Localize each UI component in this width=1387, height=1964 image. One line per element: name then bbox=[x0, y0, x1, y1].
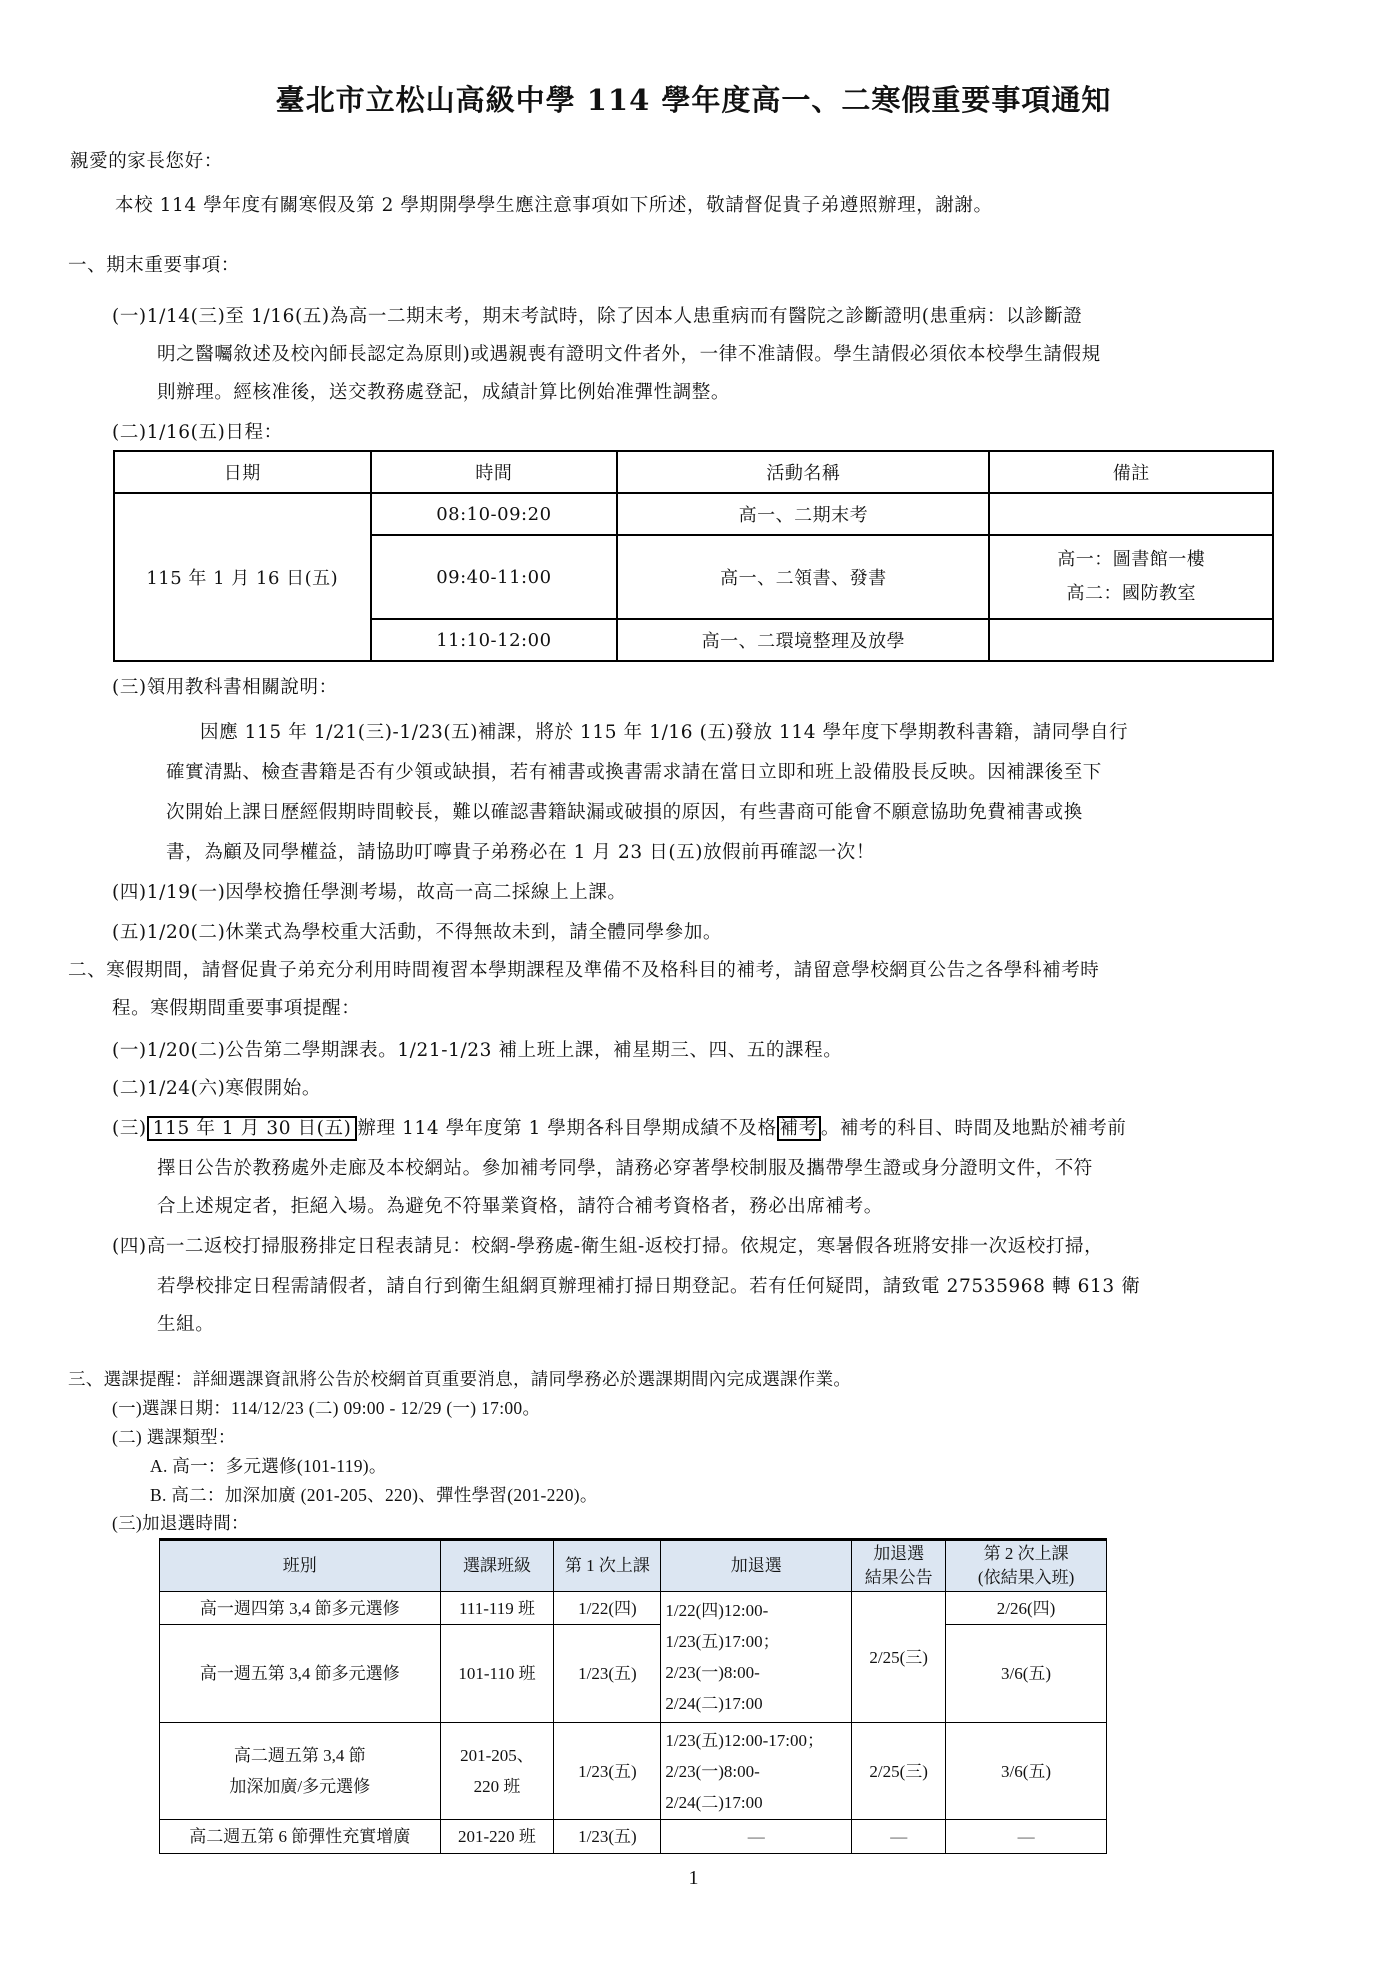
section2-item4-line3: 生組。 bbox=[157, 1313, 214, 1337]
section2-item4-line2: 若學校排定日程需請假者，請自行到衛生組網頁辦理補打掃日期登記。若有任何疑問，請致… bbox=[157, 1275, 1140, 1299]
add-drop-period: — bbox=[661, 1820, 852, 1854]
header-date: 日期 bbox=[114, 451, 371, 493]
schedule-notes bbox=[989, 619, 1273, 661]
header-class: 班別 bbox=[160, 1540, 441, 1592]
schedule-date: 115 年 1 月 16 日(五) bbox=[114, 493, 371, 661]
section1-item3-line2: 確實清點、檢查書籍是否有少領或缺損，若有補書或換書需求請在當日立即和班上設備股長… bbox=[166, 761, 1102, 785]
first-class-date: 1/23(五) bbox=[554, 1625, 661, 1723]
section2-item4-line1: (四)高一二返校打掃服務排定日程表請見：校網-學務處-衛生組-返校打掃。依規定，… bbox=[112, 1235, 1103, 1259]
section1-item5: (五)1/20(二)休業式為學校重大活動，不得無故未到，請全體同學參加。 bbox=[112, 921, 722, 945]
table-row: 高二週五第 3,4 節 加深加廣/多元選修 201-205、 220 班 1/2… bbox=[160, 1723, 1107, 1820]
class-grades: 201-205、 220 班 bbox=[440, 1723, 554, 1820]
header-result-announce: 加退選 結果公告 bbox=[852, 1540, 946, 1592]
intro-paragraph: 本校 114 學年度有關寒假及第 2 學期開學學生應注意事項如下所述，敬請督促貴… bbox=[115, 194, 993, 218]
section2-item3-line1: (三)115 年 1 月 30 日(五)辦理 114 學年度第 1 學期各科目學… bbox=[112, 1117, 1126, 1141]
header-time: 時間 bbox=[371, 451, 618, 493]
section2-item1: (一)1/20(二)公告第二學期課表。1/21-1/23 補上班上課，補星期三、… bbox=[112, 1039, 842, 1063]
table-row: 高二週五第 6 節彈性充實增廣 201-220 班 1/23(五) — — — bbox=[160, 1820, 1107, 1854]
header-activity: 活動名稱 bbox=[617, 451, 989, 493]
schedule-activity: 高一、二期末考 bbox=[617, 493, 989, 535]
header-notes: 備註 bbox=[989, 451, 1273, 493]
schedule-notes bbox=[989, 493, 1273, 535]
result-announce-date: 2/25(三) bbox=[852, 1592, 946, 1723]
section1-item3-line3: 次開始上課日歷經假期時間較長，難以確認書籍缺漏或破損的原因，有些書商可能會不願意… bbox=[166, 801, 1083, 825]
note-grade1-location: 高一：圖書館一樓 bbox=[990, 543, 1272, 577]
class-name: 高一週五第 3,4 節多元選修 bbox=[160, 1625, 441, 1723]
section2-heading-line2: 程。寒假期間重要事項提醒： bbox=[112, 997, 360, 1021]
schedule-notes: 高一：圖書館一樓 高二：國防教室 bbox=[989, 535, 1273, 619]
schedule-time: 11:10-12:00 bbox=[371, 619, 618, 661]
second-class-date: 2/26(四) bbox=[946, 1592, 1107, 1625]
header-grades: 選課班級 bbox=[440, 1540, 554, 1592]
section3-item1: (一)選課日期：114/12/23 (二) 09:00 - 12/29 (一) … bbox=[112, 1397, 540, 1419]
schedule-time: 08:10-09:20 bbox=[371, 493, 618, 535]
second-class-date: 3/6(五) bbox=[946, 1723, 1107, 1820]
section1-item3-line4: 書，為顧及同學權益，請協助叮嚀貴子弟務必在 1 月 23 日(五)放假前再確認一… bbox=[166, 841, 875, 865]
result-announce-date: — bbox=[852, 1820, 946, 1854]
section3-item2: (二) 選課類型： bbox=[112, 1426, 236, 1448]
add-drop-period: 1/22(四)12:00- 1/23(五)17:00； 2/23(一)8:00-… bbox=[661, 1592, 852, 1723]
first-class-date: 1/23(五) bbox=[554, 1820, 661, 1854]
section2-item3-line3: 合上述規定者，拒絕入場。為避免不符畢業資格，請符合補考資格者，務必出席補考。 bbox=[157, 1195, 883, 1219]
schedule-activity: 高一、二領書、發書 bbox=[617, 535, 989, 619]
section3-item2b: B. 高二：加深加廣 (201-205、220)、彈性學習(201-220)。 bbox=[150, 1484, 598, 1506]
item-prefix: (三) bbox=[112, 1118, 147, 1139]
section1-item3-line1: 因應 115 年 1/21(三)-1/23(五)補課，將於 115 年 1/16… bbox=[200, 721, 1128, 745]
class-grades: 201-220 班 bbox=[440, 1820, 554, 1854]
schedule-activity: 高一、二環境整理及放學 bbox=[617, 619, 989, 661]
section1-item3-label: (三)領用教科書相關說明： bbox=[112, 676, 338, 700]
add-drop-period: 1/23(五)12:00-17:00； 2/23(一)8:00- 2/24(二)… bbox=[661, 1723, 852, 1820]
first-class-date: 1/22(四) bbox=[554, 1592, 661, 1625]
class-grades: 101-110 班 bbox=[440, 1625, 554, 1723]
makeup-exam-suffix: 。補考的科目、時間及地點於補考前 bbox=[821, 1118, 1127, 1139]
header-first-class: 第 1 次上課 bbox=[554, 1540, 661, 1592]
makeup-exam-date-highlight: 115 年 1 月 30 日(五) bbox=[147, 1116, 358, 1141]
section3-heading: 三、選課提醒：詳細選課資訊將公告於校網首頁重要消息，請同學務必於選課期間內完成選… bbox=[68, 1368, 851, 1390]
class-name: 高一週四第 3,4 節多元選修 bbox=[160, 1592, 441, 1625]
exam-day-schedule-table: 日期 時間 活動名稱 備註 115 年 1 月 16 日(五) 08:10-09… bbox=[113, 450, 1274, 662]
course-add-drop-table: 班別 選課班級 第 1 次上課 加退選 加退選 結果公告 第 2 次上課 (依結… bbox=[159, 1538, 1107, 1854]
header-second-class: 第 2 次上課 (依結果入班) bbox=[946, 1540, 1107, 1592]
section2-heading-line1: 二、寒假期間，請督促貴子弟充分利用時間複習本學期課程及準備不及格科目的補考，請留… bbox=[68, 959, 1099, 983]
table-row: 115 年 1 月 16 日(五) 08:10-09:20 高一、二期末考 bbox=[114, 493, 1273, 535]
first-class-date: 1/23(五) bbox=[554, 1723, 661, 1820]
section2-item2: (二)1/24(六)寒假開始。 bbox=[112, 1077, 321, 1101]
section1-item2-label: (二)1/16(五)日程： bbox=[112, 421, 283, 445]
result-announce-date: 2/25(三) bbox=[852, 1723, 946, 1820]
makeup-exam-text: 辦理 114 學年度第 1 學期各科目學期成績不及格 bbox=[357, 1118, 776, 1139]
class-name: 高二週五第 6 節彈性充實增廣 bbox=[160, 1820, 441, 1854]
section3-item3: (三)加退選時間： bbox=[112, 1512, 249, 1534]
second-class-date: — bbox=[946, 1820, 1107, 1854]
header-add-drop: 加退選 bbox=[661, 1540, 852, 1592]
table-row: 高一週五第 3,4 節多元選修 101-110 班 1/23(五) 3/6(五) bbox=[160, 1625, 1107, 1723]
page-number: 1 bbox=[0, 1867, 1387, 1890]
section1-heading: 一、期末重要事項： bbox=[68, 254, 240, 278]
makeup-exam-word-highlight: 補考 bbox=[777, 1116, 821, 1141]
section3-item2a: A. 高一：多元選修(101-119)。 bbox=[150, 1455, 387, 1477]
table-header-row: 班別 選課班級 第 1 次上課 加退選 加退選 結果公告 第 2 次上課 (依結… bbox=[160, 1540, 1107, 1592]
table-row: 高一週四第 3,4 節多元選修 111-119 班 1/22(四) 1/22(四… bbox=[160, 1592, 1107, 1625]
document-title: 臺北市立松山高級中學 114 學年度高一、二寒假重要事項通知 bbox=[0, 78, 1387, 119]
section1-item1-line3: 則辦理。經核准後，送交教務處登記，成績計算比例始准彈性調整。 bbox=[157, 381, 730, 405]
greeting: 親愛的家長您好： bbox=[70, 150, 223, 174]
schedule-time: 09:40-11:00 bbox=[371, 535, 618, 619]
section1-item4: (四)1/19(一)因學校擔任學測考場，故高一高二採線上上課。 bbox=[112, 881, 627, 905]
class-name: 高二週五第 3,4 節 加深加廣/多元選修 bbox=[160, 1723, 441, 1820]
section1-item1-line2: 明之醫囑敘述及校內師長認定為原則)或遇親喪有證明文件者外，一律不准請假。學生請假… bbox=[157, 343, 1101, 367]
table-header-row: 日期 時間 活動名稱 備註 bbox=[114, 451, 1273, 493]
note-grade2-location: 高二：國防教室 bbox=[990, 577, 1272, 611]
section1-item1-line1: (一)1/14(三)至 1/16(五)為高一二期末考，期末考試時，除了因本人患重… bbox=[112, 305, 1082, 329]
second-class-date: 3/6(五) bbox=[946, 1625, 1107, 1723]
class-grades: 111-119 班 bbox=[440, 1592, 554, 1625]
section2-item3-line2: 擇日公告於教務處外走廊及本校網站。參加補考同學，請務必穿著學校制服及攜帶學生證或… bbox=[157, 1157, 1093, 1181]
